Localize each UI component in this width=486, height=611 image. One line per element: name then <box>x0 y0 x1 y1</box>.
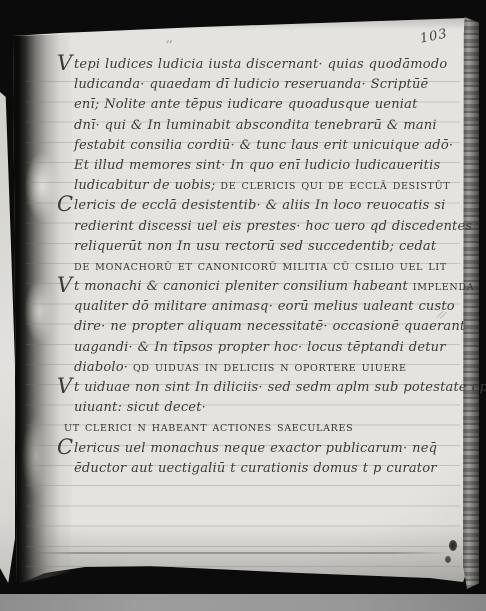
text-line: redierint discessi uel eis prestes· hoc … <box>74 217 456 237</box>
text-segment: dnī· qui & In luminabit abscondita teneb… <box>74 118 437 133</box>
text-segment: dire· ne propter aliquam necessitatē· oc… <box>74 319 465 334</box>
text-line: Vtepi ludices ludicia iusta discernant· … <box>74 55 456 75</box>
text-segment: Et illud memores sint· In quo enī ludici… <box>74 158 440 173</box>
text-segment: uagandi· & In tīpsos propter hoc· locus … <box>74 340 446 355</box>
text-segment: ludicabitur de uobis; <box>74 178 220 193</box>
text-block: Vtepi ludices ludicia iusta discernant· … <box>74 55 456 479</box>
text-segment: diabolo· <box>74 360 133 375</box>
text-segment: enī; Nolite ante tēpus iudicare quoadusq… <box>74 97 418 112</box>
text-segment: uiuant: sicut decet· <box>74 400 206 415</box>
text-segment: QD UIDUAS IN DELICIIS N OPORTERE UIUERE <box>133 363 407 374</box>
initial-letter: V <box>57 376 72 397</box>
initial-letter: C <box>57 194 73 215</box>
text-line: DE MONACHORŪ ET CANONICORŪ MILITIA CŪ CS… <box>74 257 456 277</box>
ink-blot <box>445 556 451 563</box>
text-segment: UT CLERICI N HABEANT ACTIONES SAECULARES <box>64 423 353 434</box>
photo-bottom-strip <box>0 594 486 611</box>
text-segment: festabit consilia cordiū· & tunc laus er… <box>74 138 453 153</box>
initial-letter: V <box>57 275 72 296</box>
text-line: Vt monachi & canonici pleniter consilium… <box>74 277 456 297</box>
text-segment: reliquerūt non In usu rectorū sed succed… <box>74 239 436 254</box>
previous-page-edge <box>0 92 15 588</box>
text-segment: tepi ludices ludicia iusta discernant· q… <box>74 57 447 72</box>
stray-mark: ’’ <box>166 40 172 51</box>
text-line: ēductor aut uectigaliū t curationis domu… <box>74 459 456 479</box>
text-line: uiuant: sicut decet· <box>74 398 456 418</box>
text-segment: lericus uel monachus neque exactor publi… <box>74 441 437 456</box>
text-segment: DE CLERICIS QUI DE ECCLĀ DESISTŪT <box>220 181 450 192</box>
book-fore-edge <box>463 17 479 589</box>
text-segment: IMPLENDA <box>413 282 475 293</box>
text-line: qualiter dō militare animasq· eorū meliu… <box>74 297 456 317</box>
text-line: festabit consilia cordiū· & tunc laus er… <box>74 136 456 156</box>
text-line: Clericis de ecclā desistentib· & aliis I… <box>74 196 456 216</box>
initial-letter: C <box>57 437 73 458</box>
text-line: Vt uiduae non sint In diliciis· sed sedm… <box>74 378 456 398</box>
text-line: ludicanda· quaedam dī ludicio reseruanda… <box>74 75 456 95</box>
text-segment: DE MONACHORŪ ET CANONICORŪ MILITIA CŪ CS… <box>74 262 447 273</box>
initial-letter: V <box>57 53 72 74</box>
text-segment: redierint discessi uel eis prestes· hoc … <box>74 219 472 234</box>
text-line: reliquerūt non In usu rectorū sed succed… <box>74 237 456 257</box>
text-line: enī; Nolite ante tēpus iudicare quoadusq… <box>74 95 456 115</box>
text-line: Clericus uel monachus neque exactor publ… <box>74 439 456 459</box>
text-segment: t uiduae non sint In diliciis· sed sedm … <box>74 380 486 395</box>
text-line: diabolo· QD UIDUAS IN DELICIIS N OPORTER… <box>74 358 456 378</box>
text-segment: t monachi & canonici pleniter consilium … <box>74 279 413 294</box>
text-line: dire· ne propter aliquam necessitatē· oc… <box>74 317 456 337</box>
text-line: ludicabitur de uobis; DE CLERICIS QUI DE… <box>74 176 456 196</box>
text-segment: ludicanda· quaedam dī ludicio reseruanda… <box>74 77 428 92</box>
text-line: dnī· qui & In luminabit abscondita teneb… <box>74 116 456 136</box>
text-segment: lericis de ecclā desistentib· & aliis In… <box>74 198 446 213</box>
text-line: uagandi· & In tīpsos propter hoc· locus … <box>74 338 456 358</box>
ink-blot <box>449 540 457 551</box>
manuscript-photo: Vtepi ludices ludicia iusta discernant· … <box>0 0 486 611</box>
text-segment: ēductor aut uectigaliū t curationis domu… <box>74 461 437 476</box>
text-segment: qualiter dō militare animasq· eorū meliu… <box>74 299 455 314</box>
text-line: Et illud memores sint· In quo enī ludici… <box>74 156 456 176</box>
text-line: UT CLERICI N HABEANT ACTIONES SAECULARES <box>64 418 456 438</box>
